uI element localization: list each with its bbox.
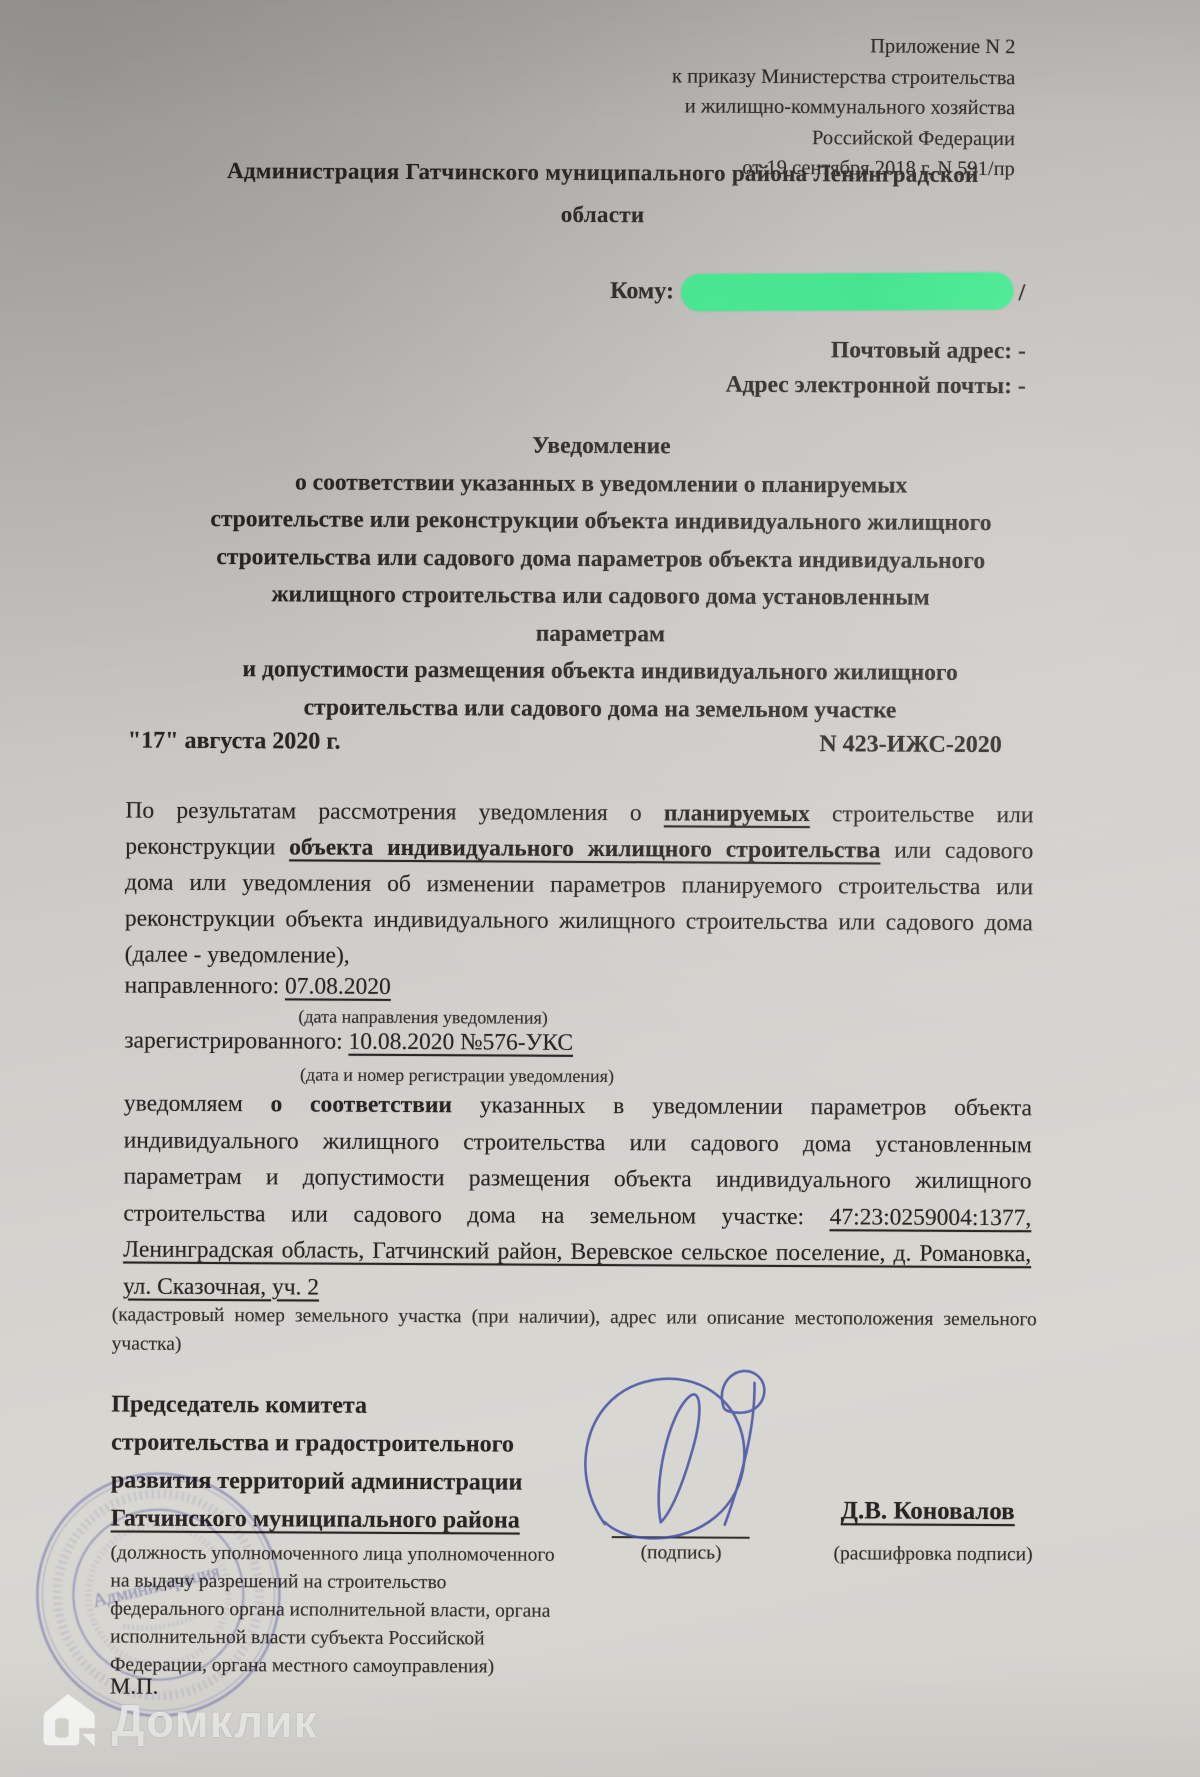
date-number-row: "17" августа 2020 г. N 423-ИЖС-2020	[128, 728, 1002, 760]
postal-address: Почтовый адрес: -	[726, 333, 1026, 370]
domclick-brand-text: Домклик	[112, 1693, 318, 1748]
document-page: Приложение N 2 к приказу Министерства ст…	[0, 0, 1200, 1777]
addressee-label: Кому:	[610, 278, 674, 304]
appendix-line: к приказу Министерства строительства	[672, 61, 1015, 93]
stamp-center-text: Администрация	[91, 1561, 222, 1612]
sent-date-value: 07.08.2020	[285, 973, 391, 1000]
title-line: параметрам	[0, 612, 1200, 656]
paragraph-text-emphasis: планируемых	[664, 800, 810, 827]
paragraph-text-emphasis: объекта индивидуального жилищного строит…	[289, 834, 880, 863]
sent-date-caption: (дата направления уведомления)	[298, 1006, 548, 1028]
signer-name-caption: (расшифровка подписи)	[834, 1543, 1033, 1566]
title-line: о соответствии указанных в уведомлении о…	[1, 462, 1200, 506]
domclick-house-icon	[40, 1691, 98, 1749]
document-number: N 423-ИЖС-2020	[819, 731, 1002, 759]
paragraph-text: По результатам рассмотрения уведомления …	[125, 798, 664, 827]
title-line: жилищного строительства или садового дом…	[1, 575, 1200, 619]
domclick-watermark: Домклик	[40, 1691, 318, 1750]
title-line: и допустимости размещения объекта индиви…	[0, 650, 1200, 694]
document-date: "17" августа 2020 г.	[128, 728, 341, 756]
email-address: Адрес электронной почты: -	[726, 368, 1026, 405]
paragraph-review-result: По результатам рассмотрения уведомления …	[125, 793, 1034, 978]
redaction-highlight	[681, 272, 1013, 311]
registration-value: 10.08.2020 №576-УКС	[348, 1029, 573, 1056]
registration-label: зарегистрированного:	[124, 1028, 348, 1055]
addressee-row: Кому:Д/	[610, 272, 1025, 311]
title-line: строительства или садового дома параметр…	[1, 537, 1200, 581]
signer-name: Д.В. Коновалов	[841, 1497, 1015, 1526]
sent-date-label: направленного:	[124, 973, 285, 1000]
registration-row: зарегистрированного: 10.08.2020 №576-УКС	[124, 1028, 573, 1057]
paragraph-text: уведомляем	[124, 1091, 271, 1118]
addressee-slash: /	[1018, 280, 1025, 306]
appendix-line: Российской Федерации	[672, 122, 1015, 154]
appendix-line: и жилищно-коммунального хозяйства	[672, 91, 1015, 123]
contact-block: Почтовый адрес: - Адрес электронной почт…	[726, 333, 1026, 405]
issuing-authority: Администрация Гатчинского муниципального…	[2, 149, 1200, 239]
title-line: строительстве или реконструкции объекта …	[1, 500, 1200, 544]
issuing-authority-line: Администрация Гатчинского муниципального…	[3, 149, 1200, 197]
signer-position-line: Председатель комитета	[111, 1385, 523, 1425]
sent-date-row: направленного: 07.08.2020	[124, 973, 390, 1001]
paragraph-conclusion: уведомляем о соответствии указанных в ув…	[123, 1086, 1032, 1310]
document-title: Уведомление о соответствии указанных в у…	[0, 425, 1200, 731]
paragraph-text-bold: о соответствии	[270, 1091, 452, 1118]
issuing-authority-line: области	[2, 191, 1200, 239]
registration-caption: (дата и номер регистрации уведомления)	[300, 1064, 614, 1087]
title-line: Уведомление	[1, 425, 1200, 469]
appendix-line: Приложение N 2	[672, 30, 1015, 62]
title-line: строительства или садового дома на земел…	[0, 687, 1200, 731]
document-photo: Приложение N 2 к приказу Министерства ст…	[0, 0, 1200, 1777]
handwritten-signature	[571, 1352, 807, 1553]
